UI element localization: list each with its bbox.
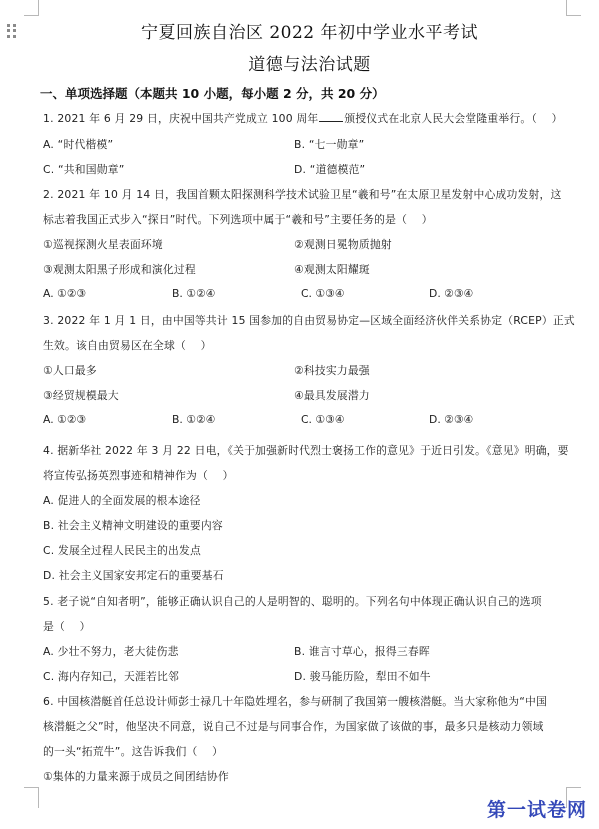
question-2-item-2: ②观测日冕物质抛射 bbox=[294, 237, 392, 252]
question-4-stem-line-2: 将宣传弘扬英烈事迹和精神作为（ ） bbox=[43, 468, 234, 483]
question-2-item-3: ③观测太阳黑子形成和演化过程 bbox=[43, 262, 196, 277]
question-2-option-b: B. ①②④ bbox=[172, 287, 215, 300]
question-1-option-a: A. “时代楷模” bbox=[43, 137, 113, 152]
question-2-item-4: ④观测太阳耀斑 bbox=[294, 262, 370, 277]
question-3-item-3: ③经贸规模最大 bbox=[43, 388, 119, 403]
question-4-option-b: B. 社会主义精神文明建设的重要内容 bbox=[43, 518, 223, 533]
question-stem-text: 1. 2021 年 6 月 29 日，庆祝中国共产党成立 100 周年 bbox=[43, 112, 318, 125]
question-3-option-b: B. ①②④ bbox=[172, 413, 215, 426]
question-5-stem-line-2: 是（ ） bbox=[43, 619, 91, 634]
question-6-stem-line-3: 的一头“拓荒牛”。这告诉我们（ ） bbox=[43, 744, 223, 759]
question-2-stem-line-1: 2. 2021 年 10 月 14 日，我国首颗太阳探测科学技术试验卫星“羲和号… bbox=[43, 187, 562, 202]
question-3-option-d: D. ②③④ bbox=[429, 413, 473, 426]
question-1-option-b: B. “七一勋章” bbox=[294, 137, 364, 152]
page-corner-mark-top-left bbox=[24, 0, 39, 16]
question-3-item-1: ①人口最多 bbox=[43, 363, 97, 378]
question-5-stem-line-1: 5. 老子说“自知者明”，能够正确认识自己的人是明智的、聪明的。下列名句中体现正… bbox=[43, 594, 542, 609]
question-4-option-c: C. 发展全过程人民民主的出发点 bbox=[43, 543, 201, 558]
question-5-option-d: D. 骏马能历险，犁田不如牛 bbox=[294, 669, 431, 684]
question-2-option-c: C. ①③④ bbox=[301, 287, 344, 300]
question-2-item-1: ①巡视探测火星表面环境 bbox=[43, 237, 163, 252]
question-2-option-a: A. ①②③ bbox=[43, 287, 86, 300]
question-3-item-4: ④最具发展潜力 bbox=[294, 388, 370, 403]
question-3-option-a: A. ①②③ bbox=[43, 413, 86, 426]
question-2-stem-line-2: 标志着我国正式步入“探日”时代。下列选项中属于“羲和号”主要任务的是（ ） bbox=[43, 212, 433, 227]
question-6-stem-line-1: 6. 中国核潜艇首任总设计师彭士禄几十年隐姓埋名，参与研制了我国第一艘核潜艇。当… bbox=[43, 694, 547, 709]
question-1-option-d: D. “道德模范” bbox=[294, 162, 365, 177]
question-6-stem-line-2: 核潜艇之父”时，他坚决不同意，说自己不过是与同事合作，为国家做了该做的事，最多只… bbox=[43, 719, 544, 734]
question-1-option-c: C. “共和国勋章” bbox=[43, 162, 125, 177]
question-3-option-c: C. ①③④ bbox=[301, 413, 344, 426]
page-corner-mark-bottom-left bbox=[24, 787, 39, 808]
document-subtitle: 道德与法治试题 bbox=[0, 50, 599, 75]
question-5-option-a: A. 少壮不努力，老大徒伤悲 bbox=[43, 644, 179, 659]
question-4-option-d: D. 社会主义国家安邦定石的重要基石 bbox=[43, 568, 224, 583]
document-title: 宁夏回族自治区 2022 年初中学业水平考试 bbox=[0, 18, 599, 43]
question-6-item-1: ①集体的力量来源于成员之间团结协作 bbox=[43, 769, 229, 784]
question-4-stem-line-1: 4. 据新华社 2022 年 3 月 22 日电，《关于加强新时代烈士褒扬工作的… bbox=[43, 443, 569, 458]
watermark-logo: 第一试卷网 bbox=[487, 795, 587, 822]
question-4-option-a: A. 促进人的全面发展的根本途径 bbox=[43, 493, 201, 508]
question-3-item-2: ②科技实力最强 bbox=[294, 363, 370, 378]
question-stem-text: 颁授仪式在北京人民大会堂隆重举行。（ ） bbox=[344, 112, 562, 125]
question-1-stem: 1. 2021 年 6 月 29 日，庆祝中国共产党成立 100 周年颁授仪式在… bbox=[43, 111, 563, 126]
question-3-stem-line-1: 3. 2022 年 1 月 1 日，由中国等共计 15 国参加的自由贸易协定—区… bbox=[43, 313, 575, 328]
question-3-stem-line-2: 生效。该自由贸易区在全球（ ） bbox=[43, 338, 212, 353]
question-5-option-b: B. 谁言寸草心，报得三春晖 bbox=[294, 644, 430, 659]
answer-blank bbox=[319, 111, 343, 122]
page-corner-mark-top-right bbox=[566, 0, 581, 16]
question-5-option-c: C. 海内存知己，天涯若比邻 bbox=[43, 669, 179, 684]
question-2-option-d: D. ②③④ bbox=[429, 287, 473, 300]
section-heading: 一、单项选择题（本题共 10 小题，每小题 2 分，共 20 分） bbox=[40, 84, 385, 102]
